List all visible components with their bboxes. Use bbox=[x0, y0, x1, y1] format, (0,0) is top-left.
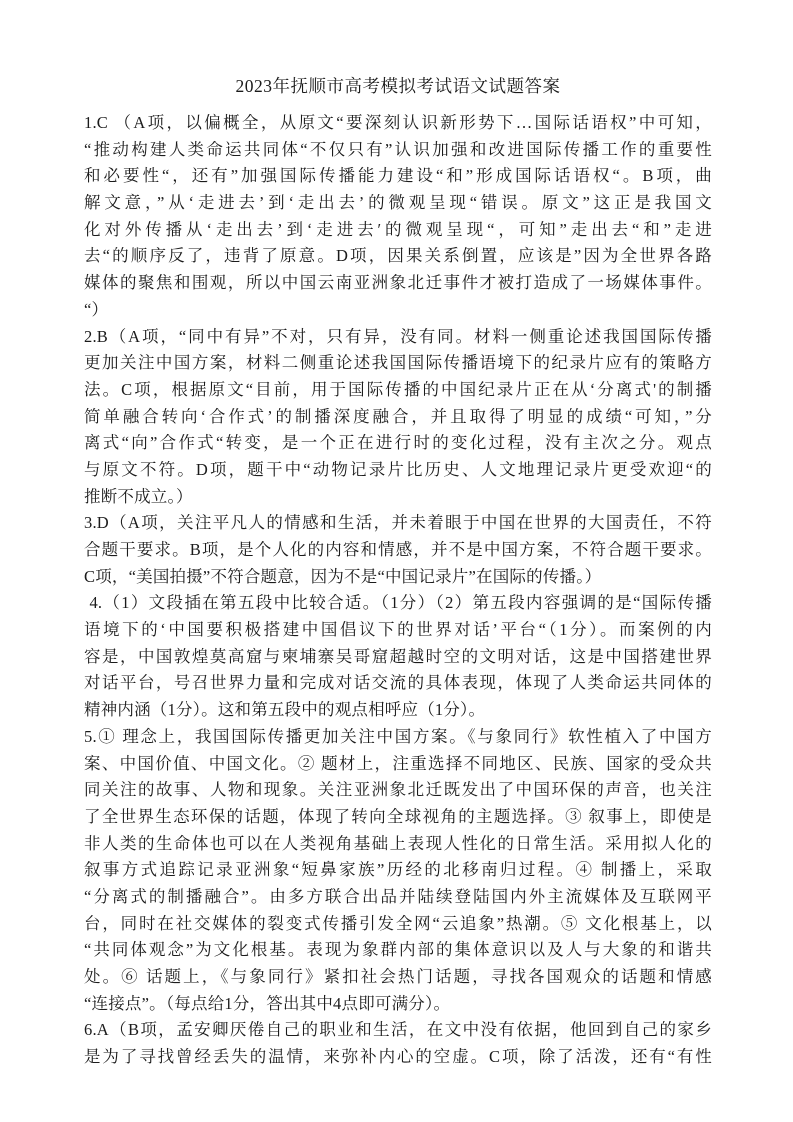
document-title: 2023年抚顺市高考模拟考试语文试题答案 bbox=[84, 74, 712, 98]
document-body: 1.C （A项，以偏概全，从原文“要深刻认识新形势下…国际话语权”中可知，“推动… bbox=[84, 110, 712, 1071]
text-line: 解文意，”从‘走进去’到‘走出去’的微观呈现“错误。原文”这正是我国文 bbox=[84, 190, 712, 217]
text-line: 是为了寻找曾经丢失的温情，来弥补内心的空虚。C项，除了活泼，还有“有性 bbox=[84, 1044, 712, 1071]
text-line: 6.A（B项，孟安卿厌倦自己的职业和生活，在文中没有依据，他回到自己的家乡 bbox=[84, 1017, 712, 1044]
text-line: 化对外传播从‘走出去’到‘走进去′的微观呈现“，可知”走出去“和”走进 bbox=[84, 217, 712, 244]
text-line: 4.（1）文段插在第五段中比较合适。（1分）（2）第五段内容强调的是“国际传播 bbox=[84, 590, 712, 617]
text-line: 5.① 理念上，我国国际传播更加关注中国方案。《与象同行》软性植入了中国方 bbox=[84, 724, 712, 751]
text-line: “推动构建人类命运共同体“不仅只有”认识加强和改进国际传播工作的重要性 bbox=[84, 137, 712, 164]
answer-paragraph: 5.① 理念上，我国国际传播更加关注中国方案。《与象同行》软性植入了中国方案、中… bbox=[84, 724, 712, 1018]
text-line: 简单融合转向‘合作式’的制播深度融合，并且取得了明显的成绩“可知，”分 bbox=[84, 404, 712, 431]
text-line: 案、中国价值、中国文化。② 题材上，注重选择不同地区、民族、国家的受众共 bbox=[84, 751, 712, 778]
text-line: “） bbox=[84, 297, 712, 324]
answer-paragraph: 6.A（B项，孟安卿厌倦自己的职业和生活，在文中没有依据，他回到自己的家乡是为了… bbox=[84, 1017, 712, 1070]
answer-paragraph: 2.B（A项，“同中有异”不对，只有异，没有同。材料一侧重论述我国国际传播更加关… bbox=[84, 324, 712, 511]
text-line: 1.C （A项，以偏概全，从原文“要深刻认识新形势下…国际话语权”中可知， bbox=[84, 110, 712, 137]
text-line: 对话平台，号召世界力量和完成对话交流的具体表现，体现了人类命运共同体的 bbox=[84, 670, 712, 697]
text-line: 语境下的‘中国要积极搭建中国倡议下的世界对话’平台“（1分）。而案例的内 bbox=[84, 617, 712, 644]
text-line: 媒体的聚焦和围观，所以中国云南亚洲象北迁事件才被打造成了一场媒体事件。 bbox=[84, 270, 712, 297]
text-line: “分离式的制播融合”。由多方联合出品并陆续登陆国内外主流媒体及互联网平 bbox=[84, 884, 712, 911]
text-line: “连接点”。（每点给1分，答出其中4点即可满分）。 bbox=[84, 991, 712, 1018]
text-line: “共同体观念”为文化根基。表现为象群内部的集体意识以及人与大象的和谐共 bbox=[84, 937, 712, 964]
text-line: 与原文不符。D项，题干中“动物记录片比历史、人文地理记录片更受欢迎“的 bbox=[84, 457, 712, 484]
text-line: 非人类的生命体也可以在人类视角基础上表现人性化的日常生活。采用拟人化的 bbox=[84, 831, 712, 858]
text-line: 容是，中国敦煌莫高窟与柬埔寨吴哥窟超越时空的文明对话，这是中国搭建世界 bbox=[84, 644, 712, 671]
text-line: 精神内涵（1分）。这和第五段中的观点相呼应（1分）。 bbox=[84, 697, 712, 724]
text-line: 2.B（A项，“同中有异”不对，只有异，没有同。材料一侧重论述我国国际传播 bbox=[84, 324, 712, 351]
text-line: 同关注的故事、人物和现象。关注亚洲象北迁既发出了中国环保的声音，也关注 bbox=[84, 777, 712, 804]
text-line: 和必要性“，还有”加强国际传播能力建设“和”形成国际话语权“。B项，曲 bbox=[84, 163, 712, 190]
text-line: C项，“美国拍摄”不符合题意，因为不是“中国记录片”在国际的传播。） bbox=[84, 564, 712, 591]
text-line: 台，同时在社交媒体的裂变式传播引发全网“云追象”热潮。⑤ 文化根基上，以 bbox=[84, 911, 712, 938]
text-line: 更加关注中国方案，材料二侧重论述我国国际传播语境下的纪录片应有的策略方 bbox=[84, 350, 712, 377]
text-line: 离式“向”合作式“转变，是一个正在进行时的变化过程，没有主次之分。观点 bbox=[84, 430, 712, 457]
answer-paragraph: 3.D（A项，关注平凡人的情感和生活，并未着眼于中国在世界的大国责任，不符合题干… bbox=[84, 510, 712, 590]
text-line: 去“的顺序反了，违背了原意。D项，因果关系倒置，应该是”因为全世界各路 bbox=[84, 243, 712, 270]
text-line: 法。C项，根据原文“目前，用于国际传播的中国纪录片正在从‘分离式'的制播 bbox=[84, 377, 712, 404]
text-line: 了全世界生态环保的话题，体现了转向全球视角的主题选择。③ 叙事上，即使是 bbox=[84, 804, 712, 831]
answer-paragraph: 4.（1）文段插在第五段中比较合适。（1分）（2）第五段内容强调的是“国际传播语… bbox=[84, 590, 712, 723]
text-line: 推断不成立。） bbox=[84, 484, 712, 511]
answer-paragraph: 1.C （A项，以偏概全，从原文“要深刻认识新形势下…国际话语权”中可知，“推动… bbox=[84, 110, 712, 324]
document-page: 2023年抚顺市高考模拟考试语文试题答案 1.C （A项，以偏概全，从原文“要深… bbox=[0, 0, 793, 1122]
text-line: 3.D（A项，关注平凡人的情感和生活，并未着眼于中国在世界的大国责任，不符 bbox=[84, 510, 712, 537]
text-line: 处。⑥ 话题上，《与象同行》紧扣社会热门话题，寻找各国观众的话题和情感 bbox=[84, 964, 712, 991]
text-line: 叙事方式追踪记录亚洲象“短鼻家族”历经的北移南归过程。④ 制播上，采取 bbox=[84, 857, 712, 884]
text-line: 合题干要求。B项，是个人化的内容和情感，并不是中国方案，不符合题干要求。 bbox=[84, 537, 712, 564]
